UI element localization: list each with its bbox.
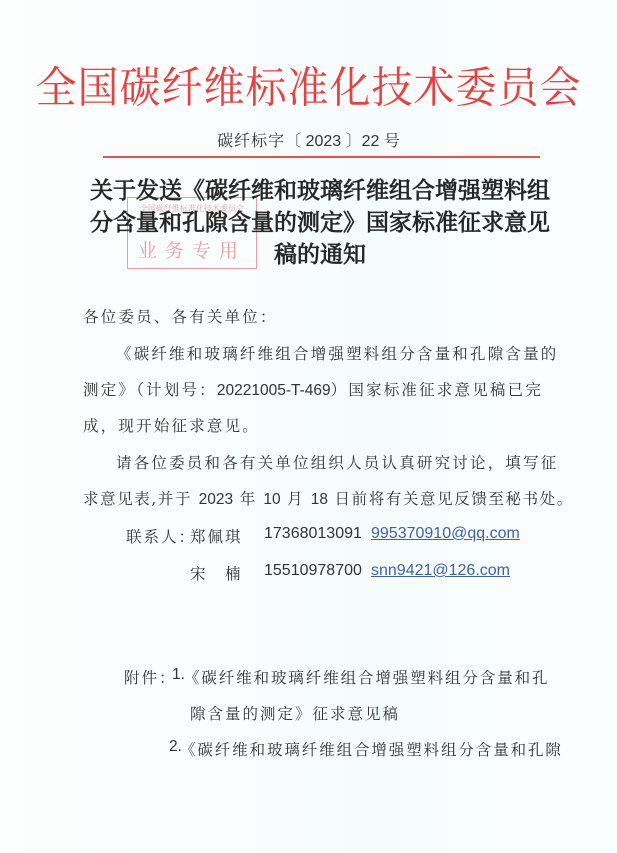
contact-row-1: 联系人： 郑佩琪 17368013091 995370910@qq.com [0,525,617,547]
contact-email-link[interactable]: snn9421@126.com [371,562,510,580]
paragraph-2-line-2: 求意见表,并于 2023 年 10 月 18 日前将有关意见反馈至秘书处。 [83,489,543,510]
notice-title-line-3: 稿的通知 [90,239,550,271]
attachment-title-line-1: 《碳纤维和玻璃纤维组合增强塑料组分含量和孔隙 [180,738,563,760]
document-page: 全国碳纤维标准化技术委员会 碳纤标字〔 2023 〕22 号 全国碳纤维标准化技… [0,0,617,853]
doc-year: 〔 2023 〕 [285,133,362,150]
attachment-item-2: 2. 《碳纤维和玻璃纤维组合增强塑料组分含量和孔隙 [0,738,617,760]
contact-name: 宋 楠 [190,562,243,584]
contact-email-link[interactable]: 995370910@qq.com [371,525,520,543]
document-number: 碳纤标字〔 2023 〕22 号 [0,128,617,151]
notice-title-line-2: 分含量和孔隙含量的测定》国家标准征求意见 [90,207,550,239]
attachment-title-line-2: 隙含量的测定》征求意见稿 [190,702,400,724]
organization-title: 全国碳纤维标准化技术委员会 [0,59,617,118]
attachment-title-line-1: 《碳纤维和玻璃纤维组合增强塑料组分含量和孔 [184,666,549,688]
year-unit: 年 [240,490,257,508]
plan-number: 20221005-T-469 [217,382,331,399]
doc-seq: 22 号 [362,133,400,150]
deadline-year: 2023 [199,491,233,508]
salutation: 各位委员、各有关单位： [83,307,543,327]
attachment-item-1-cont: 隙含量的测定》征求意见稿 [0,702,617,724]
para1-text-b: ）国家标准征求意见稿已完 [331,381,543,399]
notice-title: 关于发送《碳纤维和玻璃纤维组合增强塑料组 分含量和孔隙含量的测定》国家标准征求意… [90,175,550,271]
attachment-number: 1. [172,666,185,684]
month-unit: 月 [287,490,304,508]
contact-phone: 17368013091 [264,525,362,543]
deadline-day: 18 [311,491,328,508]
notice-title-line-1: 关于发送《碳纤维和玻璃纤维组合增强塑料组 [90,175,550,207]
doc-prefix: 碳纤标字 [217,131,285,150]
para2-text-b: 日前将有关意见反馈至秘书处。 [335,490,574,508]
contact-label: 联系人： [126,525,196,547]
contact-name: 郑佩琪 [190,525,243,547]
paragraph-2-line-1: 请各位委员和各有关单位组织人员认真研究讨论，填写征 [116,453,576,473]
attachments-label: 附件： [124,666,177,688]
paragraph-1-line-1: 《碳纤维和玻璃纤维组合增强塑料组分含量和孔隙含量的 [116,344,576,364]
para2-text-a: 求意见表,并于 [83,490,192,508]
contact-phone: 15510978700 [264,562,362,580]
paragraph-1-line-3: 成，现开始征求意见。 [83,416,543,436]
para1-text-a: 测定》（计划号： [83,381,217,399]
red-divider-rule [103,156,540,158]
attachment-item-1: 附件： 1. 《碳纤维和玻璃纤维组合增强塑料组分含量和孔 [0,666,617,688]
deadline-month: 10 [263,491,280,508]
contact-row-2: 宋 楠 15510978700 snn9421@126.com [0,562,617,584]
paragraph-1-line-2: 测定》（计划号：20221005-T-469）国家标准征求意见稿已完 [83,380,543,401]
